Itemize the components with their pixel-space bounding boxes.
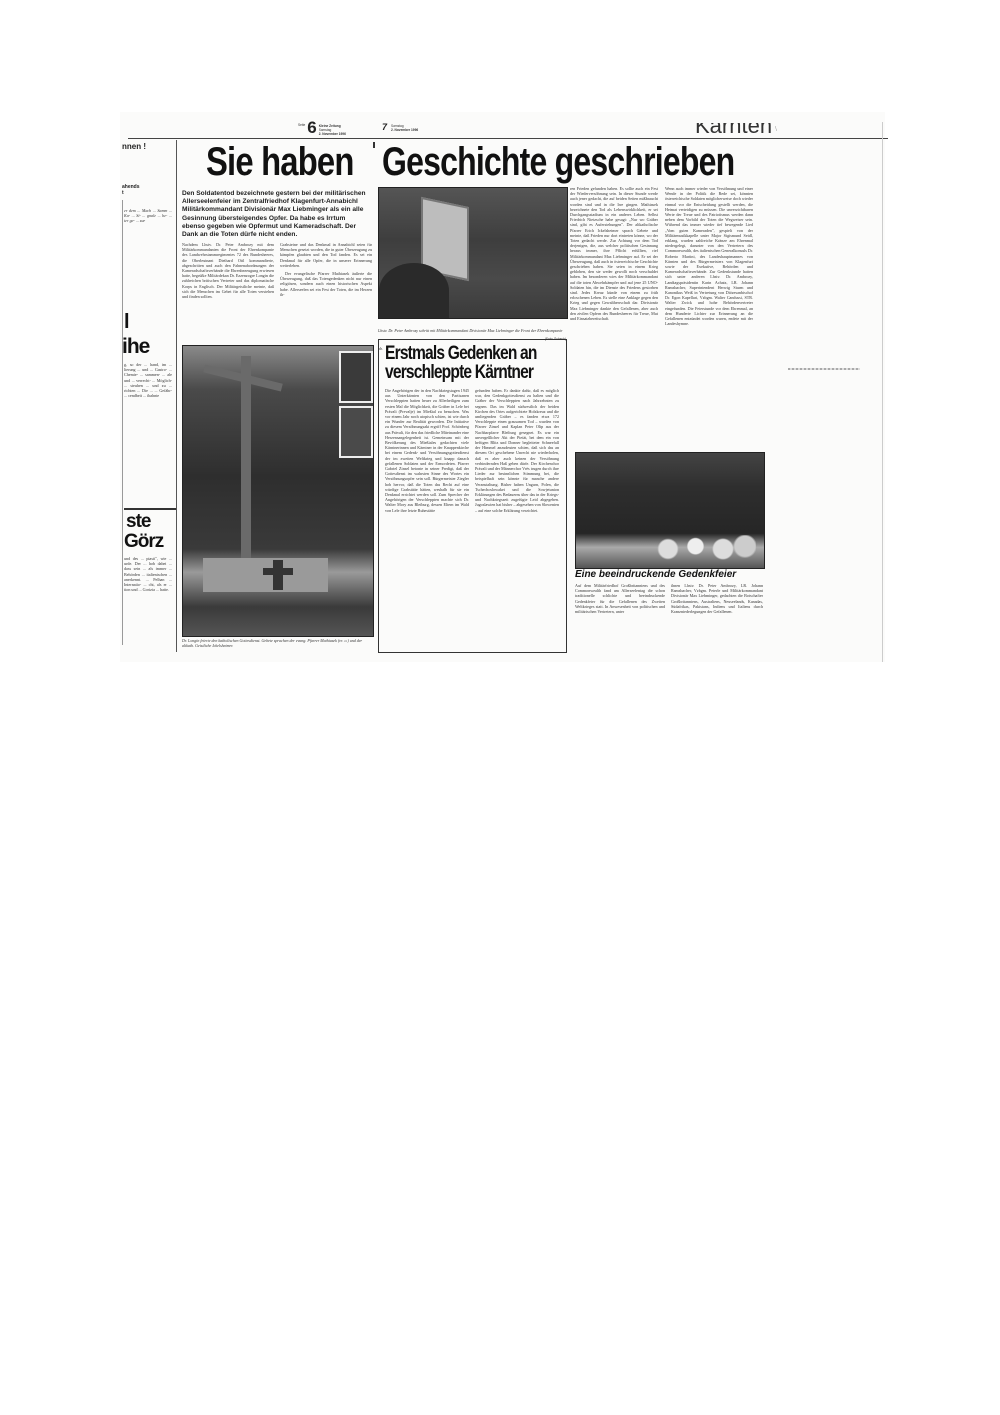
strip-column-2: g, so der ... hand, im ... lierung ... u… — [124, 362, 172, 502]
sub-article-column-2: ihnen Lhstv. Dr. Peter Ambrozy, LR. Joha… — [671, 583, 763, 639]
headline-part-2: Geschichte geschrieben — [382, 140, 734, 184]
page-label: Seite — [298, 123, 305, 127]
boxed-column-2: gefunden haben. Er dankte dafür, daß es … — [475, 388, 559, 646]
altar-cross-v — [273, 560, 283, 590]
strip-headline-3: ste — [126, 512, 150, 532]
scan-right-edge — [882, 122, 883, 662]
flag-photo — [378, 187, 568, 319]
altar-photo — [182, 345, 374, 637]
right-header-meta: Samstag 2. November 1996 — [391, 124, 418, 132]
wreaths — [646, 535, 756, 563]
strip-fragment-2: ahends t — [122, 184, 140, 196]
left-page-header: Seite 6 Kleine Zeitung Samstag 2. Novemb… — [298, 120, 346, 136]
boxed-article: Erstmals Gedenken an verschleppte Kärntn… — [378, 339, 567, 653]
header-date-right: 2. November 1996 — [391, 128, 418, 132]
portrait-ickelsheimer — [339, 406, 373, 458]
boxed-headline-line-2: verschleppte Kärntner — [385, 363, 533, 383]
right-column-2-block: Wenn auch immer wieder von Versöhnung un… — [665, 186, 753, 470]
crowd-photo — [575, 452, 765, 569]
strip-headline-4: Görz — [124, 532, 163, 552]
strip-edge — [122, 200, 123, 645]
altar-table — [203, 558, 328, 592]
page-number-right: 7 — [382, 122, 387, 132]
article-column-2: Grabsteine und das Denkmal in Annabichl … — [280, 242, 372, 342]
strip-fragment-3-text: t — [122, 190, 140, 196]
article-column-2-para-1: Grabsteine und das Denkmal in Annabichl … — [280, 242, 372, 268]
article-column-2-para-2: Der evangelische Pfarrer Mathiasek äußer… — [280, 271, 372, 323]
strip-fragment-1: nnen ! — [122, 142, 146, 151]
headline-part-1: Sie haben — [206, 140, 354, 184]
portrait-mathiasek — [339, 351, 373, 403]
lead-paragraph: Den Soldatentod bezeichnete gestern bei … — [182, 190, 370, 239]
right-page-header: 7 Samstag 2. November 1996 — [382, 122, 418, 132]
boxed-column-1: Die Angehörigen der in den Nachkriegstag… — [385, 388, 469, 646]
left-header-meta: Kleine Zeitung Samstag 2. November 1996 — [319, 124, 346, 136]
strip-column-3: und des ... piasti", wie ... urde. Der .… — [124, 556, 172, 652]
section-title: Kärnten — [695, 115, 772, 137]
strip-column-1: er dem ... Mach ... Samm ... Ka- ... Si-… — [124, 208, 172, 278]
altar-cross-h — [263, 568, 293, 575]
newspaper-scan: Seite 6 Kleine Zeitung Samstag 2. Novemb… — [120, 112, 885, 662]
boxed-headline-line-1: Erstmals Gedenken an — [385, 344, 537, 364]
page-number: 6 — [307, 120, 316, 136]
headline-tick — [373, 142, 375, 148]
sub-article-column-1: Auf dem Militärfriedhof Großbritanniens … — [575, 583, 665, 639]
foreground-figure — [379, 263, 449, 318]
strip-rule — [124, 508, 176, 510]
scan-mark: \ — [775, 125, 777, 133]
altar-photo-caption: Dr. Longin feierte den katholischen Gott… — [182, 638, 372, 648]
strip-headline-2: ihe — [122, 336, 149, 357]
strip-headline-1: l — [124, 312, 129, 332]
cross-beam-vertical — [241, 356, 251, 586]
scan-artifact-line — [788, 368, 860, 370]
right-column-1: ren Frieden gefunden haben. Es sollte au… — [570, 186, 658, 466]
header-date: 2. November 1996 — [319, 132, 346, 136]
strip-divider — [176, 140, 177, 652]
strip-fragment-2-text: ahends — [122, 184, 140, 190]
right-column-2: Wenn auch immer wieder von Versöhnung un… — [665, 186, 753, 462]
header-rule-right — [378, 138, 888, 139]
sub-article-headline: Eine beeindruckende Gedenkfeier — [575, 569, 736, 580]
article-column-1: Nachdem Lhstv. Dr. Peter Ambrozy mit dem… — [182, 242, 274, 342]
